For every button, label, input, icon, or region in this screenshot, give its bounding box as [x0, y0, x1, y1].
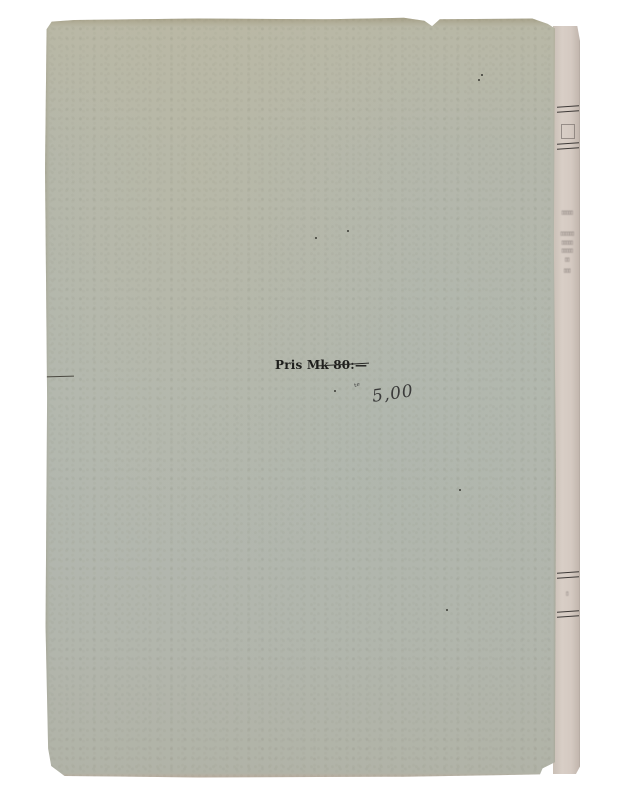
spine-text-line: ▯▯ — [559, 257, 575, 263]
spine-text-line: ▯▯▯▯▯▯ — [559, 231, 575, 237]
speck — [481, 74, 483, 76]
speck — [315, 237, 317, 239]
spine-rule-bottom-1 — [557, 571, 579, 579]
paper-texture — [44, 17, 558, 779]
spine-bottom-mark: ▯ — [559, 591, 575, 597]
book-photo: ▯▯▯▯▯ ▯▯▯▯▯▯ ▯▯▯▯▯ ▯▯▯▯▯ ▯▯ ▯▯▯ ▯ Pris M… — [0, 0, 618, 800]
speck — [446, 609, 448, 611]
speck — [459, 489, 461, 491]
spine-text-line: ▯▯▯▯▯ — [559, 240, 575, 246]
spine-label-box — [561, 124, 575, 139]
spine-rule-top-1 — [557, 105, 579, 113]
back-cover: Pris Mk 80:— ᵗᵉ 5,00 — [44, 17, 558, 779]
spine-text-line: ▯▯▯ — [559, 268, 575, 274]
edge-tear — [44, 376, 74, 381]
speck — [334, 390, 336, 392]
speck — [347, 230, 349, 232]
spine-rule-bottom-2 — [557, 610, 579, 618]
cover-edge-bottom — [44, 773, 558, 779]
spine-text-line: ▯▯▯▯▯ — [559, 210, 575, 216]
spine-rule-top-2 — [557, 142, 579, 150]
cover-edge-left — [44, 17, 50, 779]
cover-edge-top — [44, 17, 558, 27]
book-spine: ▯▯▯▯▯ ▯▯▯▯▯▯ ▯▯▯▯▯ ▯▯▯▯▯ ▯▯ ▯▯▯ ▯ — [553, 26, 580, 774]
spine-text-line: ▯▯▯▯▯ — [559, 248, 575, 254]
speck — [478, 79, 480, 81]
